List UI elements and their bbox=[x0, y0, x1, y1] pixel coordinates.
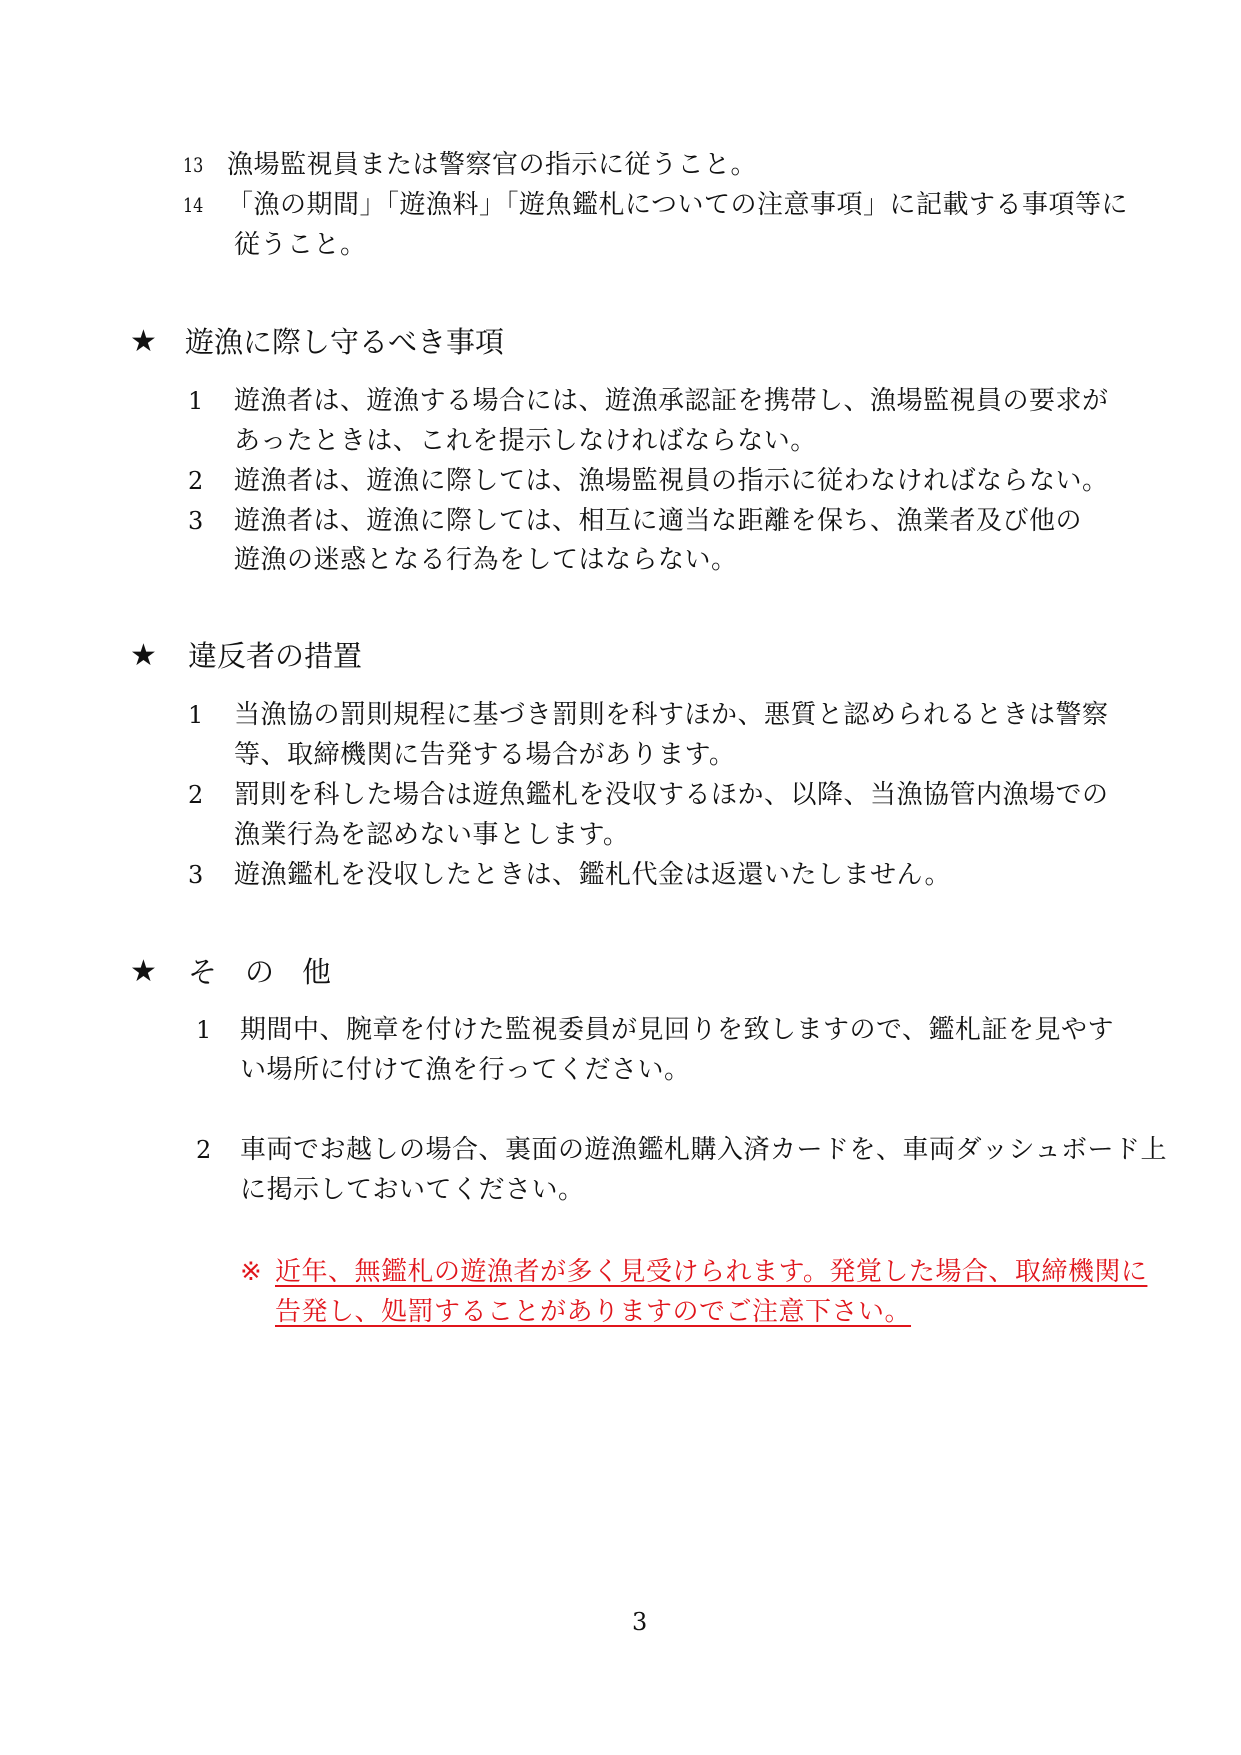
item-text: 遊漁者は、遊漁に際しては、漁場監視員の指示に従わなければならない。 bbox=[234, 464, 1109, 498]
item-text: い場所に付けて漁を行ってください。 bbox=[240, 1053, 691, 1087]
item-text: 漁業行為を認めない事とします。 bbox=[234, 818, 629, 852]
warning-notice-text: 告発し、処罰することがありますのでご注意下さい。 bbox=[275, 1295, 911, 1329]
item-text: 遊漁の迷惑となる行為をしてはならない。 bbox=[234, 543, 738, 577]
item-number: 3 bbox=[188, 504, 203, 538]
item-text: 等、取締機関に告発する場合があります。 bbox=[234, 738, 735, 772]
reference-mark-icon: ※ bbox=[240, 1255, 262, 1289]
item-text: 当漁協の罰則規程に基づき罰則を科すほか、悪質と認められるときは警察 bbox=[234, 698, 1109, 732]
item-text: に掲示しておいてください。 bbox=[240, 1173, 585, 1207]
warning-notice-text: 近年、無鑑札の遊漁者が多く見受けられます。発覚した場合、取締機関に bbox=[275, 1255, 1147, 1289]
section-heading: 遊漁に際し守るべき事項 bbox=[185, 323, 504, 361]
item-text: 期間中、腕章を付けた監視委員が見回りを致しますので、鑑札証を見やす bbox=[240, 1013, 1114, 1047]
rule-text: 漁場監視員または警察官の指示に従うこと。 bbox=[227, 148, 757, 182]
star-icon: ★ bbox=[130, 323, 157, 361]
rule-number: 14 bbox=[183, 188, 203, 222]
item-text: 罰則を科した場合は遊魚鑑札を没収するほか、以降、当漁協管内漁場での bbox=[234, 778, 1109, 812]
item-text: 車両でお越しの場合、裏面の遊漁鑑札購入済カードを、車両ダッシュボード上 bbox=[240, 1133, 1167, 1167]
rule-text: 「漁の期間」「遊漁料」「遊魚鑑札についての注意事項」に記載する事項等に bbox=[227, 188, 1128, 222]
item-text: 遊漁者は、遊漁する場合には、遊漁承認証を携帯し、漁場監視員の要求が bbox=[234, 384, 1109, 418]
rule-number: 13 bbox=[183, 148, 203, 182]
item-number: 2 bbox=[196, 1133, 211, 1167]
item-number: 1 bbox=[196, 1013, 211, 1047]
page-number: 3 bbox=[632, 1607, 647, 1637]
item-text: 遊漁者は、遊漁に際しては、相互に適当な距離を保ち、漁業者及び他の bbox=[234, 504, 1082, 538]
section-heading: 違反者の措置 bbox=[188, 637, 362, 675]
item-number: 3 bbox=[188, 858, 203, 892]
star-icon: ★ bbox=[130, 637, 157, 675]
rule-text: 従うこと。 bbox=[234, 228, 367, 262]
star-icon: ★ bbox=[130, 953, 157, 991]
item-number: 1 bbox=[188, 698, 203, 732]
item-number: 1 bbox=[188, 384, 203, 418]
item-number: 2 bbox=[188, 778, 203, 812]
item-text: 遊漁鑑札を没収したときは、鑑札代金は返還いたしません。 bbox=[234, 858, 951, 892]
document-page: 13 漁場監視員または警察官の指示に従うこと。 14 「漁の期間」「遊漁料」「遊… bbox=[0, 0, 1241, 1755]
item-text: あったときは、これを提示しなければならない。 bbox=[234, 424, 817, 458]
section-heading: その他 bbox=[188, 953, 359, 991]
item-number: 2 bbox=[188, 464, 203, 498]
